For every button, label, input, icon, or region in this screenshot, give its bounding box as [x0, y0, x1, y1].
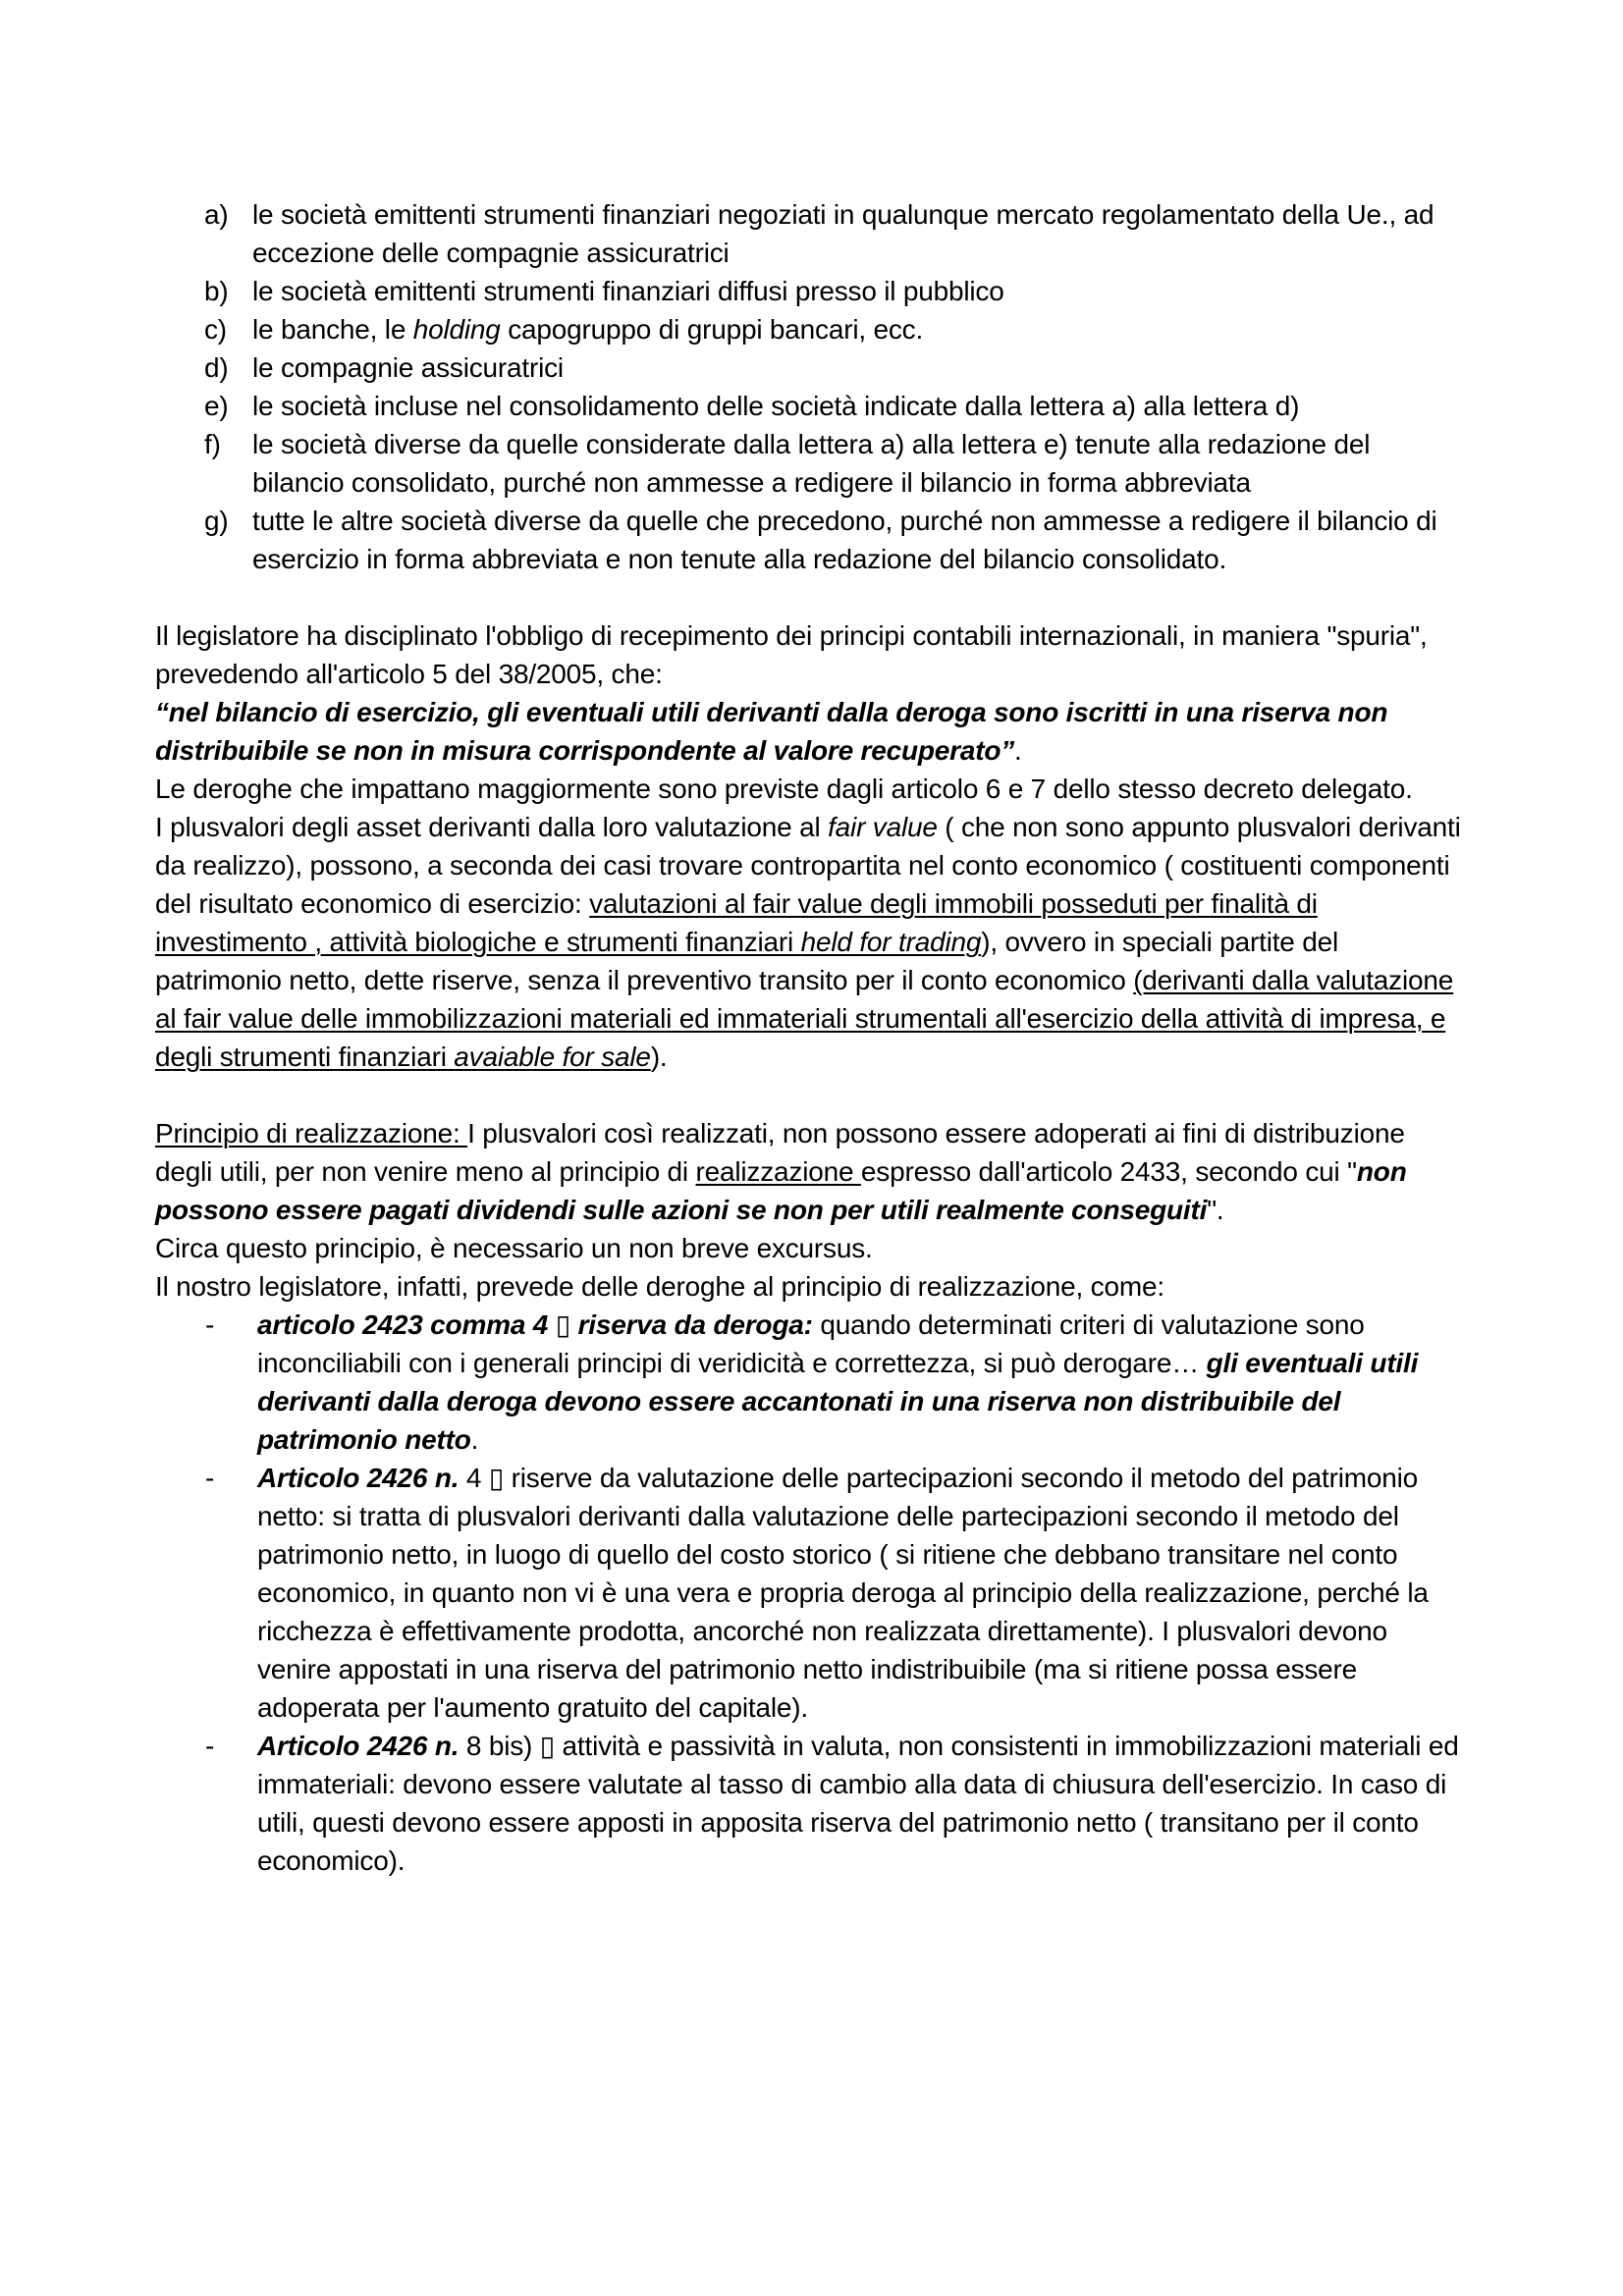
list-item-text: le società emittenti strumenti finanziar…: [252, 195, 1468, 272]
list-marker: e): [204, 387, 252, 425]
text-run: “nel bilancio di esercizio, gli eventual…: [155, 697, 1387, 766]
missing-glyph-box: ▯: [540, 1731, 555, 1761]
paragraph: Circa questo principio, è necessario un …: [155, 1229, 1468, 1267]
text-run: Principio di realizzazione:: [155, 1118, 467, 1148]
list-item: e)le società incluse nel consolidamento …: [155, 387, 1468, 425]
text-run: Il nostro legislatore, infatti, prevede …: [155, 1271, 1164, 1302]
list-item: g)tutte le altre società diverse da quel…: [155, 502, 1468, 578]
text-run: le banche, le: [252, 314, 413, 345]
list-marker: -: [205, 1727, 257, 1765]
text-run: Circa questo principio, è necessario un …: [155, 1233, 873, 1263]
blank-line: [155, 1076, 1468, 1114]
blank-line: [155, 578, 1468, 616]
list-marker: -: [205, 1459, 257, 1497]
text-run: held for trading: [801, 927, 982, 957]
list-item: f)le società diverse da quelle considera…: [155, 425, 1468, 502]
list-marker: -: [205, 1306, 257, 1344]
text-run: Il legislatore ha disciplinato l'obbligo…: [155, 620, 1428, 689]
text-run: 4: [459, 1463, 489, 1493]
list-marker: g): [204, 502, 252, 540]
text-run: articolo 2423 comma 4: [257, 1309, 556, 1340]
text-run: fair value: [828, 812, 938, 842]
list-item-text: tutte le altre società diverse da quelle…: [252, 502, 1468, 578]
paragraph: Le deroghe che impattano maggiormente so…: [155, 770, 1468, 808]
text-run: le società incluse nel consolidamento de…: [252, 391, 1299, 421]
text-run: Articolo 2426 n.: [257, 1731, 459, 1761]
list-item: -Articolo 2426 n. 8 bis) ▯ attività e pa…: [155, 1727, 1468, 1880]
paragraph: Il nostro legislatore, infatti, prevede …: [155, 1267, 1468, 1306]
list-item-text: le società diverse da quelle considerate…: [252, 425, 1468, 502]
paragraph: Il legislatore ha disciplinato l'obbligo…: [155, 616, 1468, 693]
text-run: ).: [651, 1041, 668, 1072]
list-item: d)le compagnie assicuratrici: [155, 348, 1468, 387]
list-item-text: le banche, le holding capogruppo di grup…: [252, 310, 1468, 348]
list-item: a)le società emittenti strumenti finanzi…: [155, 195, 1468, 272]
text-run: riserve da valutazione delle partecipazi…: [257, 1463, 1429, 1723]
text-run: holding: [413, 314, 501, 345]
paragraph: I plusvalori degli asset derivanti dalla…: [155, 808, 1468, 1076]
text-run: I plusvalori degli asset derivanti dalla…: [155, 812, 828, 842]
text-run: Le deroghe che impattano maggiormente so…: [155, 774, 1413, 804]
text-run: .: [1014, 735, 1022, 766]
list-item-text: articolo 2423 comma 4 ▯ riserva da derog…: [257, 1306, 1468, 1459]
document-page: a)le società emittenti strumenti finanzi…: [0, 0, 1623, 2296]
paragraph: “nel bilancio di esercizio, gli eventual…: [155, 693, 1468, 770]
list-item-text: le società emittenti strumenti finanziar…: [252, 272, 1468, 310]
text-run: le compagnie assicuratrici: [252, 352, 564, 383]
text-run: le società emittenti strumenti finanziar…: [252, 199, 1434, 268]
missing-glyph-box: ▯: [556, 1309, 570, 1340]
text-run: avaiable for sale: [454, 1041, 651, 1072]
text-run: Articolo 2426 n.: [257, 1463, 459, 1493]
text-run: espresso dall'articolo 2433, secondo cui…: [861, 1156, 1357, 1187]
list-item-text: Articolo 2426 n. 4 ▯ riserve da valutazi…: [257, 1459, 1468, 1727]
document-body: a)le società emittenti strumenti finanzi…: [155, 195, 1468, 1880]
list-item: b)le società emittenti strumenti finanzi…: [155, 272, 1468, 310]
text-run: .: [471, 1424, 479, 1455]
text-run: riserva da deroga:: [570, 1309, 813, 1340]
text-run: realizzazione: [696, 1156, 861, 1187]
list-marker: b): [204, 272, 252, 310]
missing-glyph-box: ▯: [489, 1463, 504, 1493]
text-run: ".: [1207, 1195, 1223, 1225]
list-item-text: Articolo 2426 n. 8 bis) ▯ attività e pas…: [257, 1727, 1468, 1880]
list-item: -Articolo 2426 n. 4 ▯ riserve da valutaz…: [155, 1459, 1468, 1727]
text-run: tutte le altre società diverse da quelle…: [252, 506, 1437, 574]
list-marker: c): [204, 310, 252, 348]
list-item-text: le compagnie assicuratrici: [252, 348, 1468, 387]
paragraph: Principio di realizzazione: I plusvalori…: [155, 1114, 1468, 1229]
text-run: le società diverse da quelle considerate…: [252, 429, 1370, 498]
list-marker: a): [204, 195, 252, 234]
text-run: 8 bis): [459, 1731, 539, 1761]
list-item-text: le società incluse nel consolidamento de…: [252, 387, 1468, 425]
text-run: le società emittenti strumenti finanziar…: [252, 276, 1004, 306]
text-run: capogruppo di gruppi bancari, ecc.: [501, 314, 923, 345]
list-marker: d): [204, 348, 252, 387]
list-item: -articolo 2423 comma 4 ▯ riserva da dero…: [155, 1306, 1468, 1459]
list-item: c)le banche, le holding capogruppo di gr…: [155, 310, 1468, 348]
list-marker: f): [204, 425, 252, 463]
